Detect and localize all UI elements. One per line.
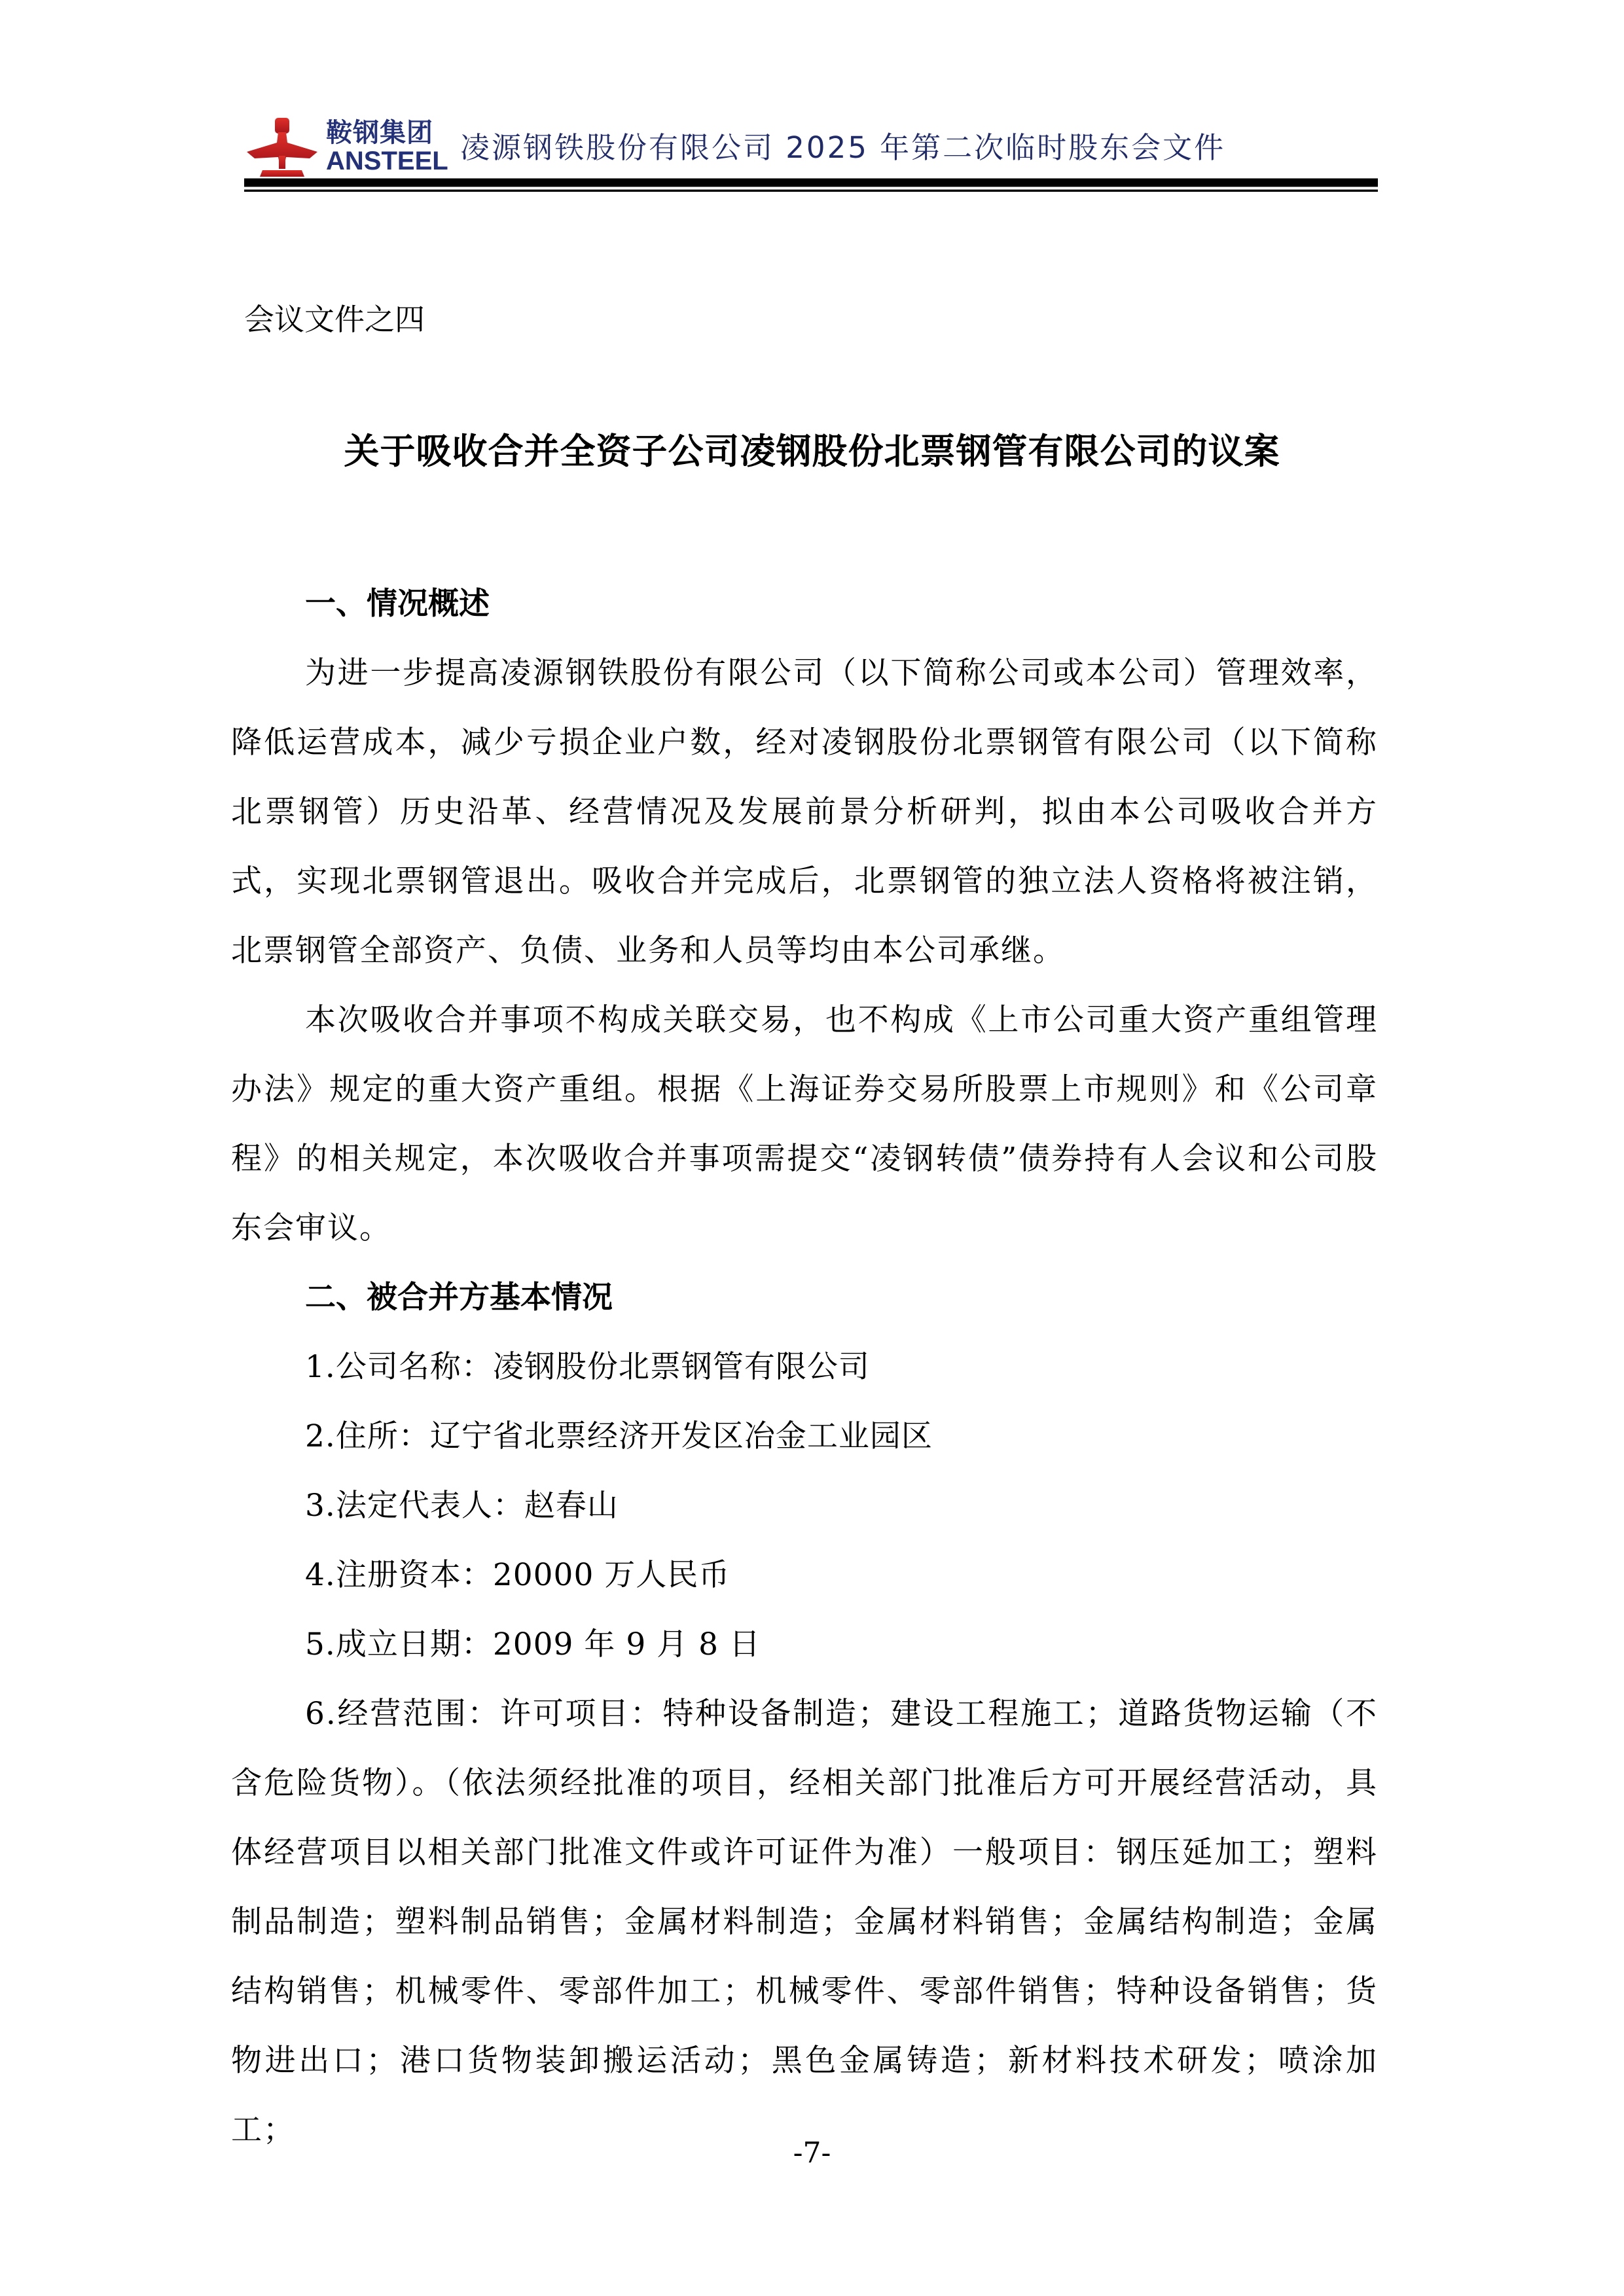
- ansteel-emblem-icon: [244, 118, 319, 177]
- logo-chinese-text: 鞍钢集团: [326, 118, 437, 148]
- document-title: 关于吸收合并全资子公司凌钢股份北票钢管有限公司的议案: [0, 429, 1624, 475]
- logo-english-text: ANSTEEL: [326, 148, 437, 174]
- logo-wordmark: 鞍钢集团 ANSTEEL: [326, 118, 437, 174]
- info-item-legal-representative: 3.法定代表人：赵春山: [231, 1471, 1378, 1541]
- section-heading-overview: 一、情况概述: [231, 569, 1378, 639]
- paragraph: 本次吸收合并事项不构成关联交易，也不构成《上市公司重大资产重组管理办法》规定的重…: [231, 986, 1378, 1263]
- info-item-business-scope: 6.经营范围：许可项目：特种设备制造；建设工程施工；道路货物运输（不含危险货物）…: [231, 1679, 1378, 2165]
- paragraph: 为进一步提高凌源钢铁股份有限公司（以下简称公司或本公司）管理效率，降低运营成本，…: [231, 639, 1378, 986]
- page-header: 鞍钢集团 ANSTEEL 凌源钢铁股份有限公司 2025 年第二次临时股东会文件: [244, 117, 1378, 182]
- info-item-establishment-date: 5.成立日期：2009 年 9 月 8 日: [231, 1610, 1378, 1679]
- info-item-address: 2.住所：辽宁省北票经济开发区冶金工业园区: [231, 1402, 1378, 1471]
- info-item-registered-capital: 4.注册资本：20000 万人民币: [231, 1541, 1378, 1610]
- document-body: 一、情况概述 为进一步提高凌源钢铁股份有限公司（以下简称公司或本公司）管理效率，…: [231, 569, 1378, 2165]
- document-label: 会议文件之四: [244, 300, 425, 339]
- header-rule-thin: [244, 189, 1378, 192]
- section-heading-merged-party: 二、被合并方基本情况: [231, 1263, 1378, 1333]
- page-number: -7-: [0, 2135, 1624, 2172]
- ansteel-logo: 鞍钢集团 ANSTEEL: [244, 118, 441, 175]
- info-item-company-name: 1.公司名称：凌钢股份北票钢管有限公司: [231, 1333, 1378, 1402]
- header-title: 凌源钢铁股份有限公司 2025 年第二次临时股东会文件: [460, 130, 1225, 166]
- header-rule-thick: [244, 178, 1378, 187]
